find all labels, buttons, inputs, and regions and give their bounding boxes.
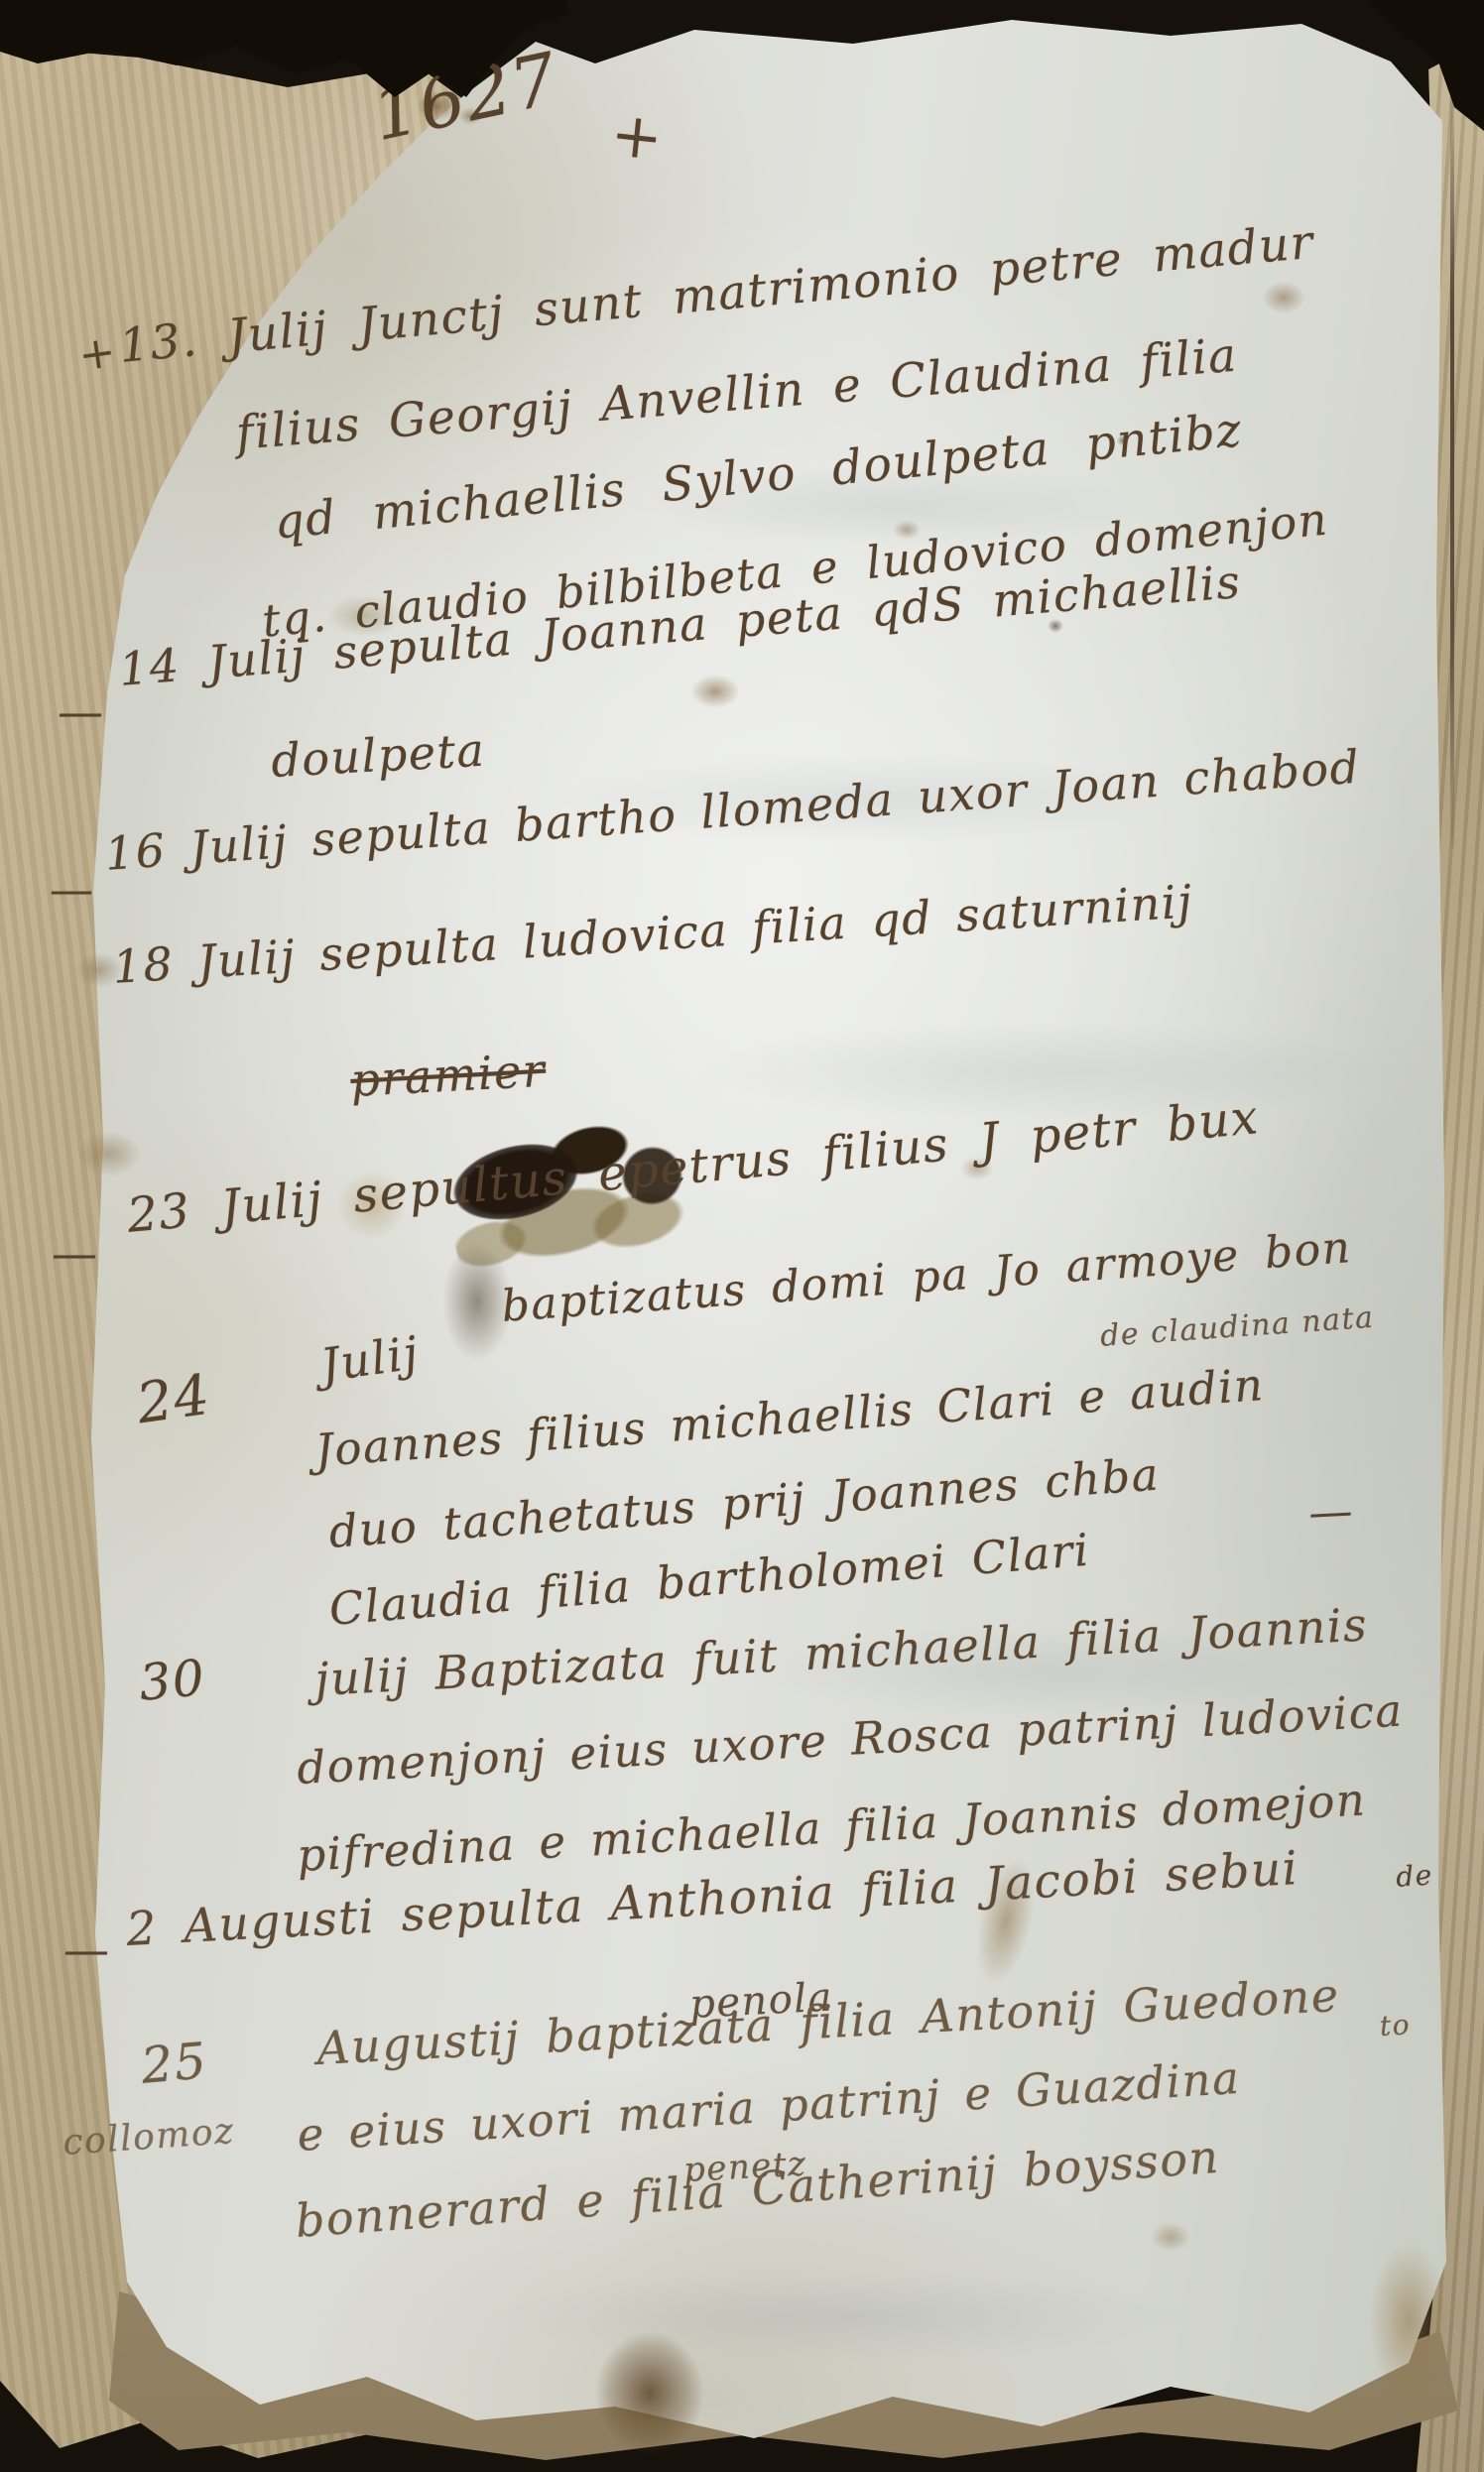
stain bbox=[1151, 2222, 1190, 2252]
stain bbox=[77, 1131, 141, 1176]
manuscript-photo: 1627 + + 13. Julij Junctj sunt matrimoni… bbox=[0, 0, 1484, 2472]
entry-day-number: 25 bbox=[139, 2032, 209, 2095]
superscript-note: to bbox=[1379, 2008, 1412, 2042]
entry-day-number: 24 bbox=[133, 1363, 215, 1437]
cross-mark: + bbox=[607, 97, 668, 175]
register-entry-line: doulpeta bbox=[270, 723, 487, 788]
register-entry-line-struck: pramier bbox=[349, 1044, 547, 1107]
entry-margin-mark: — bbox=[52, 1226, 99, 1280]
stain bbox=[1369, 2242, 1448, 2401]
stain-bottom bbox=[595, 2331, 704, 2455]
stain bbox=[690, 675, 740, 708]
entry-margin-mark: — bbox=[50, 865, 95, 916]
superscript-note: de bbox=[1395, 1858, 1434, 1894]
entry-margin-mark: — bbox=[58, 684, 105, 738]
verso-show-through bbox=[694, 1022, 1389, 1121]
stain bbox=[1262, 282, 1305, 313]
verso-show-through bbox=[496, 2272, 1190, 2361]
page-edge-crease bbox=[1450, 94, 1454, 848]
entry-margin-mark: — bbox=[63, 1922, 111, 1976]
trailing-dash: — bbox=[1307, 1486, 1355, 1539]
entry-day-number: 30 bbox=[137, 1649, 207, 1712]
entry-margin-mark: + bbox=[75, 326, 120, 382]
